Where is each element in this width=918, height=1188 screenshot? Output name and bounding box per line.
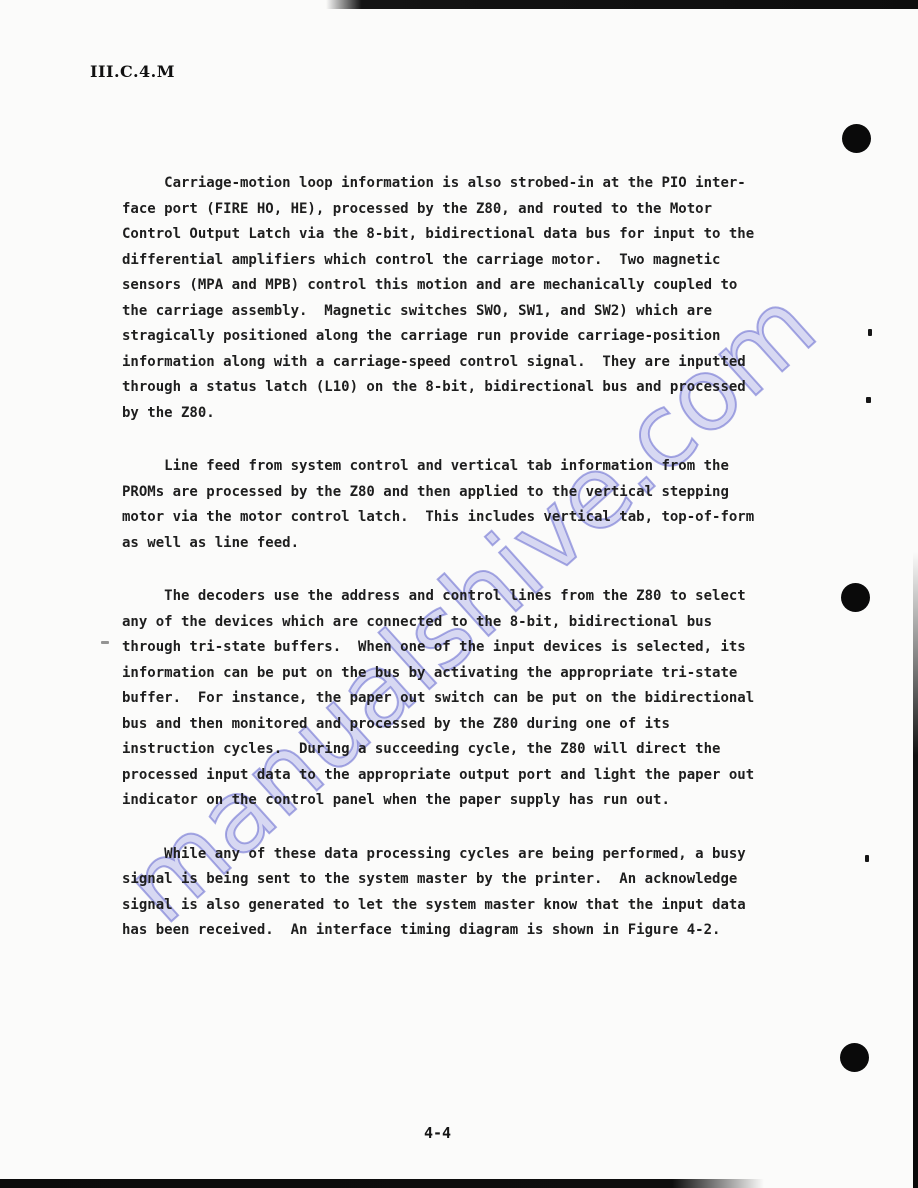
hole-punch-mark-top (842, 124, 871, 153)
hole-punch-mark-bottom (840, 1043, 869, 1072)
paragraph-line-feed: Line feed from system control and vertic… (122, 454, 770, 556)
top-scan-bar (326, 0, 918, 9)
right-scan-edge-line (913, 552, 918, 1188)
paragraph-carriage-motion: Carriage-motion loop information is also… (122, 171, 770, 426)
ink-speck (868, 329, 872, 336)
page-scan: III.C.4.M manualshive.com Carriage-motio… (0, 0, 918, 1188)
paragraph-busy-signal: While any of these data processing cycle… (122, 842, 770, 944)
hole-punch-mark-middle (841, 583, 870, 612)
ink-speck (101, 641, 109, 644)
bottom-scan-bar (0, 1179, 764, 1188)
paragraph-decoders: The decoders use the address and control… (122, 584, 770, 814)
page-number: 4-4 (424, 1124, 451, 1142)
document-body: Carriage-motion loop information is also… (122, 171, 770, 972)
ink-speck (865, 855, 869, 862)
ink-speck (866, 397, 871, 403)
section-number: III.C.4.M (90, 62, 175, 81)
